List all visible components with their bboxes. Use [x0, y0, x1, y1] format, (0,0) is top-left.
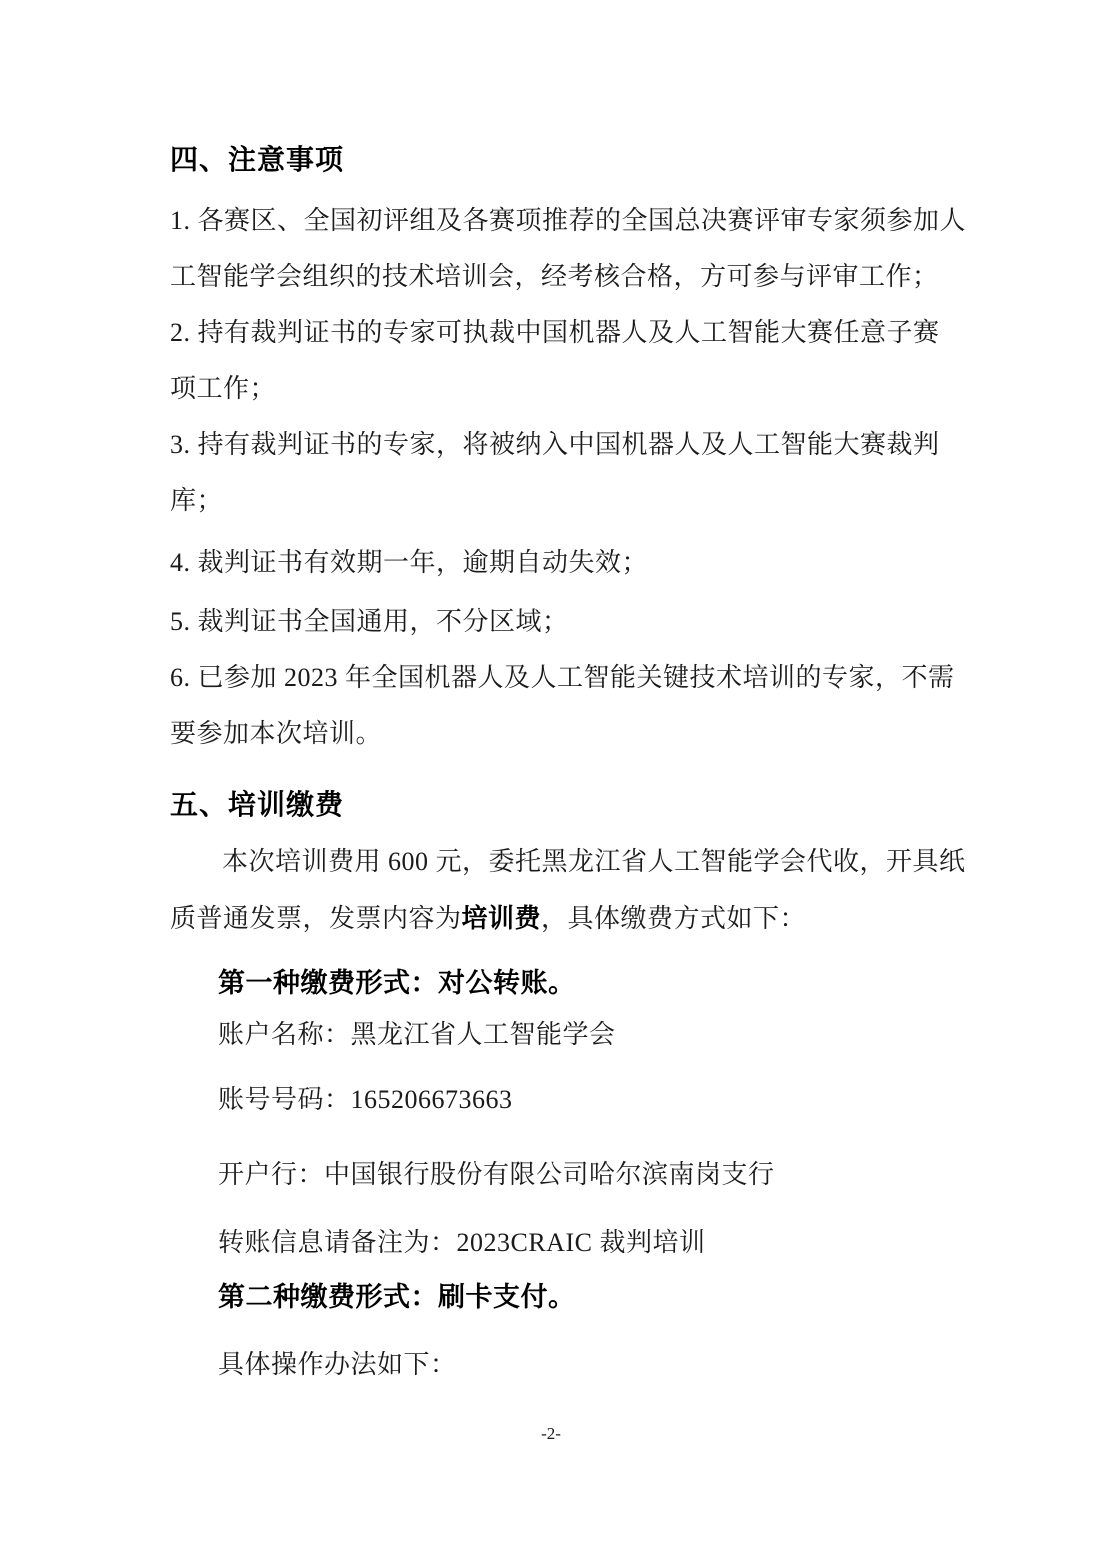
- steps-intro-line: 具体操作办法如下：: [218, 1337, 1028, 1393]
- notice-item-3: 3. 持有裁判证书的专家，将被纳入中国机器人及人工智能大赛裁判 库；: [170, 417, 980, 529]
- notice-item-5: 5. 裁判证书全国通用，不分区域；: [170, 594, 980, 650]
- page-number: -2-: [0, 1424, 1102, 1444]
- fee-intro-paragraph: 本次培训费用 600 元，委托黑龙江省人工智能学会代收，开具纸 质普通发票，发票…: [170, 834, 980, 947]
- notice-item-6: 6. 已参加 2023 年全国机器人及人工智能关键技术培训的专家，不需 要参加本…: [170, 650, 980, 762]
- payment-method1-title: 第一种缴费形式：对公转账。: [218, 955, 1028, 1011]
- notice-item-2: 2. 持有裁判证书的专家可执裁中国机器人及人工智能大赛任意子赛 项工作；: [170, 305, 980, 417]
- transfer-note-line: 转账信息请备注为：2023CRAIC 裁判培训: [218, 1215, 1028, 1271]
- notice-item-4: 4. 裁判证书有效期一年，逾期自动失效；: [170, 535, 980, 591]
- account-name-line: 账户名称：黑龙江省人工智能学会: [218, 1007, 1028, 1063]
- document-page: 四、注意事项 1. 各赛区、全国初评组及各赛项推荐的全国总决赛评审专家须参加人 …: [0, 0, 1102, 1559]
- section5-heading: 五、培训缴费: [170, 777, 980, 833]
- bank-branch-line: 开户行：中国银行股份有限公司哈尔滨南岗支行: [218, 1147, 1028, 1203]
- account-number-line: 账号号码：165206673663: [218, 1072, 1028, 1128]
- section4-heading: 四、注意事项: [170, 132, 980, 188]
- payment-method2-title: 第二种缴费形式：刷卡支付。: [218, 1269, 1028, 1325]
- fee-invoice-content-bold: 培训费: [462, 903, 542, 933]
- fee-intro-text-after: ，具体缴费方式如下：: [541, 904, 806, 933]
- notice-item-1: 1. 各赛区、全国初评组及各赛项推荐的全国总决赛评审专家须参加人 工智能学会组织…: [170, 193, 980, 305]
